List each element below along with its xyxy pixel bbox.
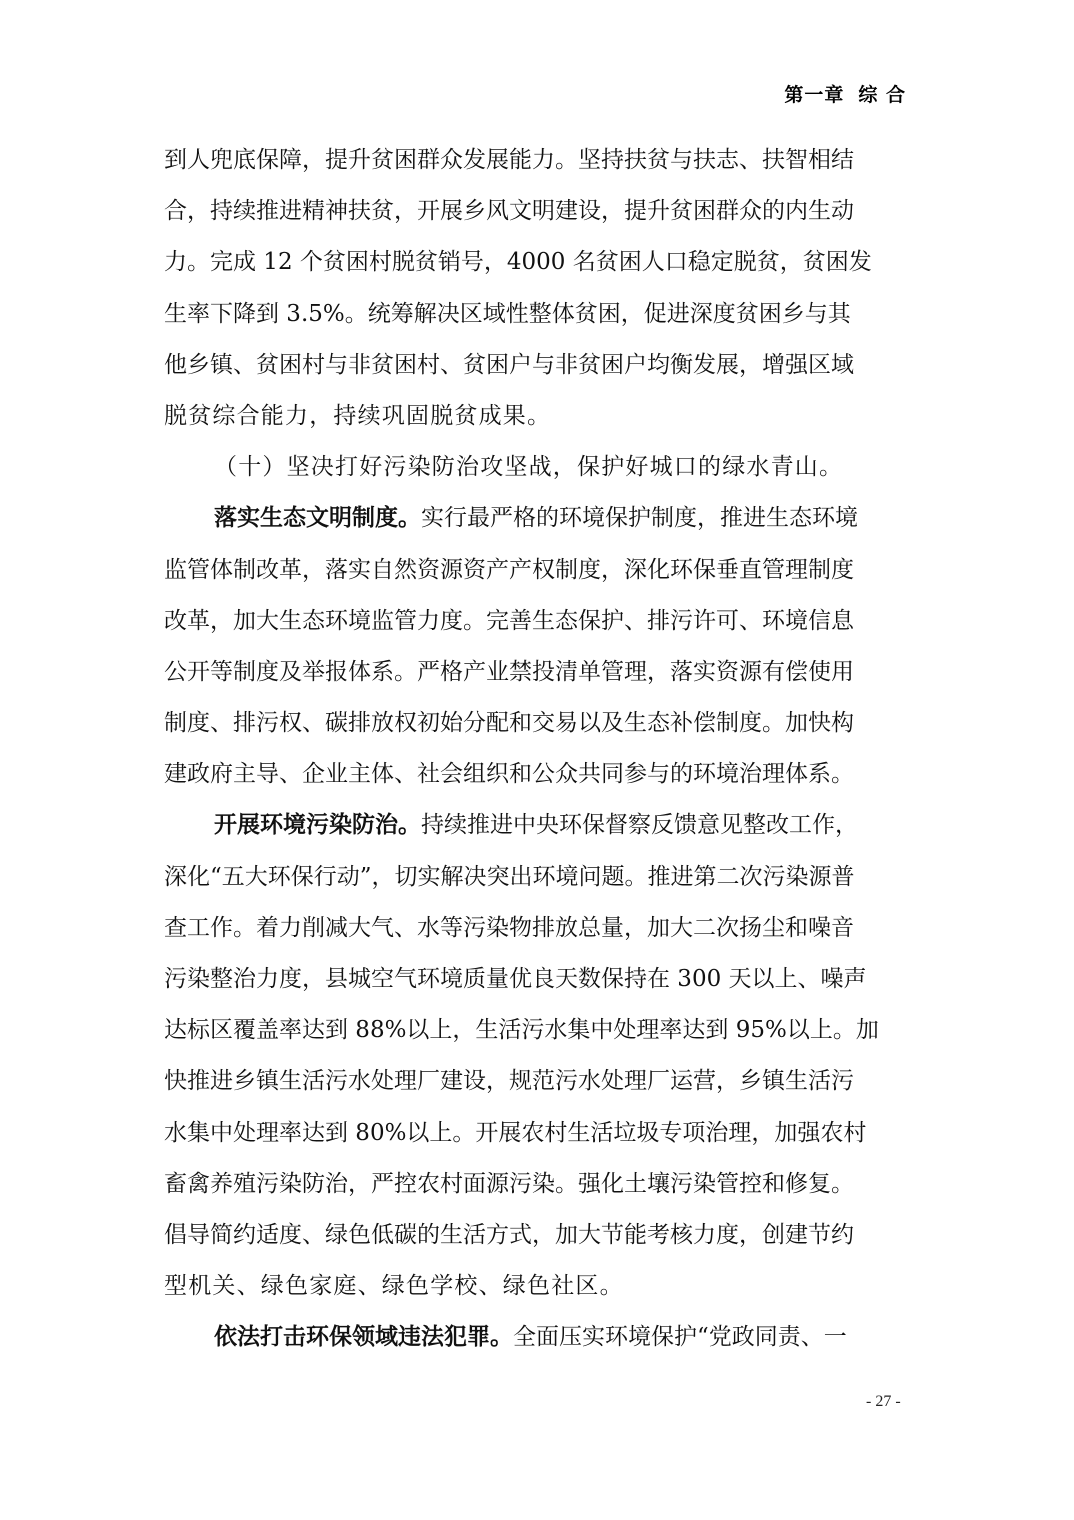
text-line: 查工作。着力削减大气、水等污染物排放总量，加大二次扬尘和噪音 [164, 908, 910, 959]
text-line: 生率下降到 3.5%。统筹解决区域性整体贫困，促进深度贫困乡与其 [164, 294, 910, 345]
text-line: 改革，加大生态环境监管力度。完善生态保护、排污许可、环境信息 [164, 601, 910, 652]
text-line: 污染整治力度，县城空气环境质量优良天数保持在 300 天以上、噪声 [164, 959, 910, 1010]
text-line: 监管体制改革，落实自然资源资产产权制度，深化环保垂直管理制度 [164, 550, 910, 601]
text-line: 他乡镇、贫困村与非贫困村、贫困户与非贫困户均衡发展，增强区域 [164, 345, 910, 396]
paragraph-first-line: 开展环境污染防治。持续推进中央环保督察反馈意见整改工作， [164, 805, 910, 856]
text-line: 公开等制度及举报体系。严格产业禁投清单管理，落实资源有偿使用 [164, 652, 910, 703]
text-line: 合，持续推进精神扶贫，开展乡风文明建设，提升贫困群众的内生动 [164, 191, 910, 242]
text-line: 脱贫综合能力，持续巩固脱贫成果。 [164, 396, 910, 447]
running-header: 第一章综 合 [784, 80, 906, 107]
document-body: 到人兜底保障，提升贫困群众发展能力。坚持扶贫与扶志、扶智相结 合，持续推进精神扶… [164, 140, 910, 1369]
text-span: 持续推进中央环保督察反馈意见整改工作， [421, 812, 858, 838]
text-line: 达标区覆盖率达到 88%以上，生活污水集中处理率达到 95%以上。加 [164, 1010, 910, 1061]
section-label: 综 合 [858, 84, 906, 106]
text-line: 力。完成 12 个贫困村脱贫销号，4000 名贫困人口稳定脱贫，贫困发 [164, 242, 910, 293]
text-line: 制度、排污权、碳排放权初始分配和交易以及生态补偿制度。加快构 [164, 703, 910, 754]
text-line: 建政府主导、企业主体、社会组织和公众共同参与的环境治理体系。 [164, 754, 910, 805]
paragraph-first-line: 落实生态文明制度。实行最严格的环境保护制度，推进生态环境 [164, 498, 910, 549]
text-line: 到人兜底保障，提升贫困群众发展能力。坚持扶贫与扶志、扶智相结 [164, 140, 910, 191]
text-line: 快推进乡镇生活污水处理厂建设，规范污水处理厂运营，乡镇生活污 [164, 1061, 910, 1112]
text-line: 型机关、绿色家庭、绿色学校、绿色社区。 [164, 1266, 910, 1317]
text-line: 倡导简约适度、绿色低碳的生活方式，加大节能考核力度，创建节约 [164, 1215, 910, 1266]
text-line: 深化“五大环保行动”，切实解决突出环境问题。推进第二次污染源普 [164, 857, 910, 908]
paragraph-lead: 依法打击环保领域违法犯罪。 [214, 1324, 513, 1350]
text-line: 畜禽养殖污染防治，严控农村面源污染。强化土壤污染管控和修复。 [164, 1164, 910, 1215]
text-span: 全面压实环境保护“党政同责、一 [513, 1324, 847, 1350]
chapter-label: 第一章 [784, 84, 844, 106]
paragraph-lead: 开展环境污染防治。 [214, 812, 421, 838]
paragraph-first-line: 依法打击环保领域违法犯罪。全面压实环境保护“党政同责、一 [164, 1317, 910, 1368]
text-line: 水集中处理率达到 80%以上。开展农村生活垃圾专项治理，加强农村 [164, 1113, 910, 1164]
text-span: 实行最严格的环境保护制度，推进生态环境 [421, 505, 858, 531]
page-number: - 27 - [866, 1393, 901, 1411]
paragraph-lead: 落实生态文明制度。 [214, 505, 421, 531]
section-heading: （十）坚决打好污染防治攻坚战，保护好城口的绿水青山。 [164, 447, 910, 498]
